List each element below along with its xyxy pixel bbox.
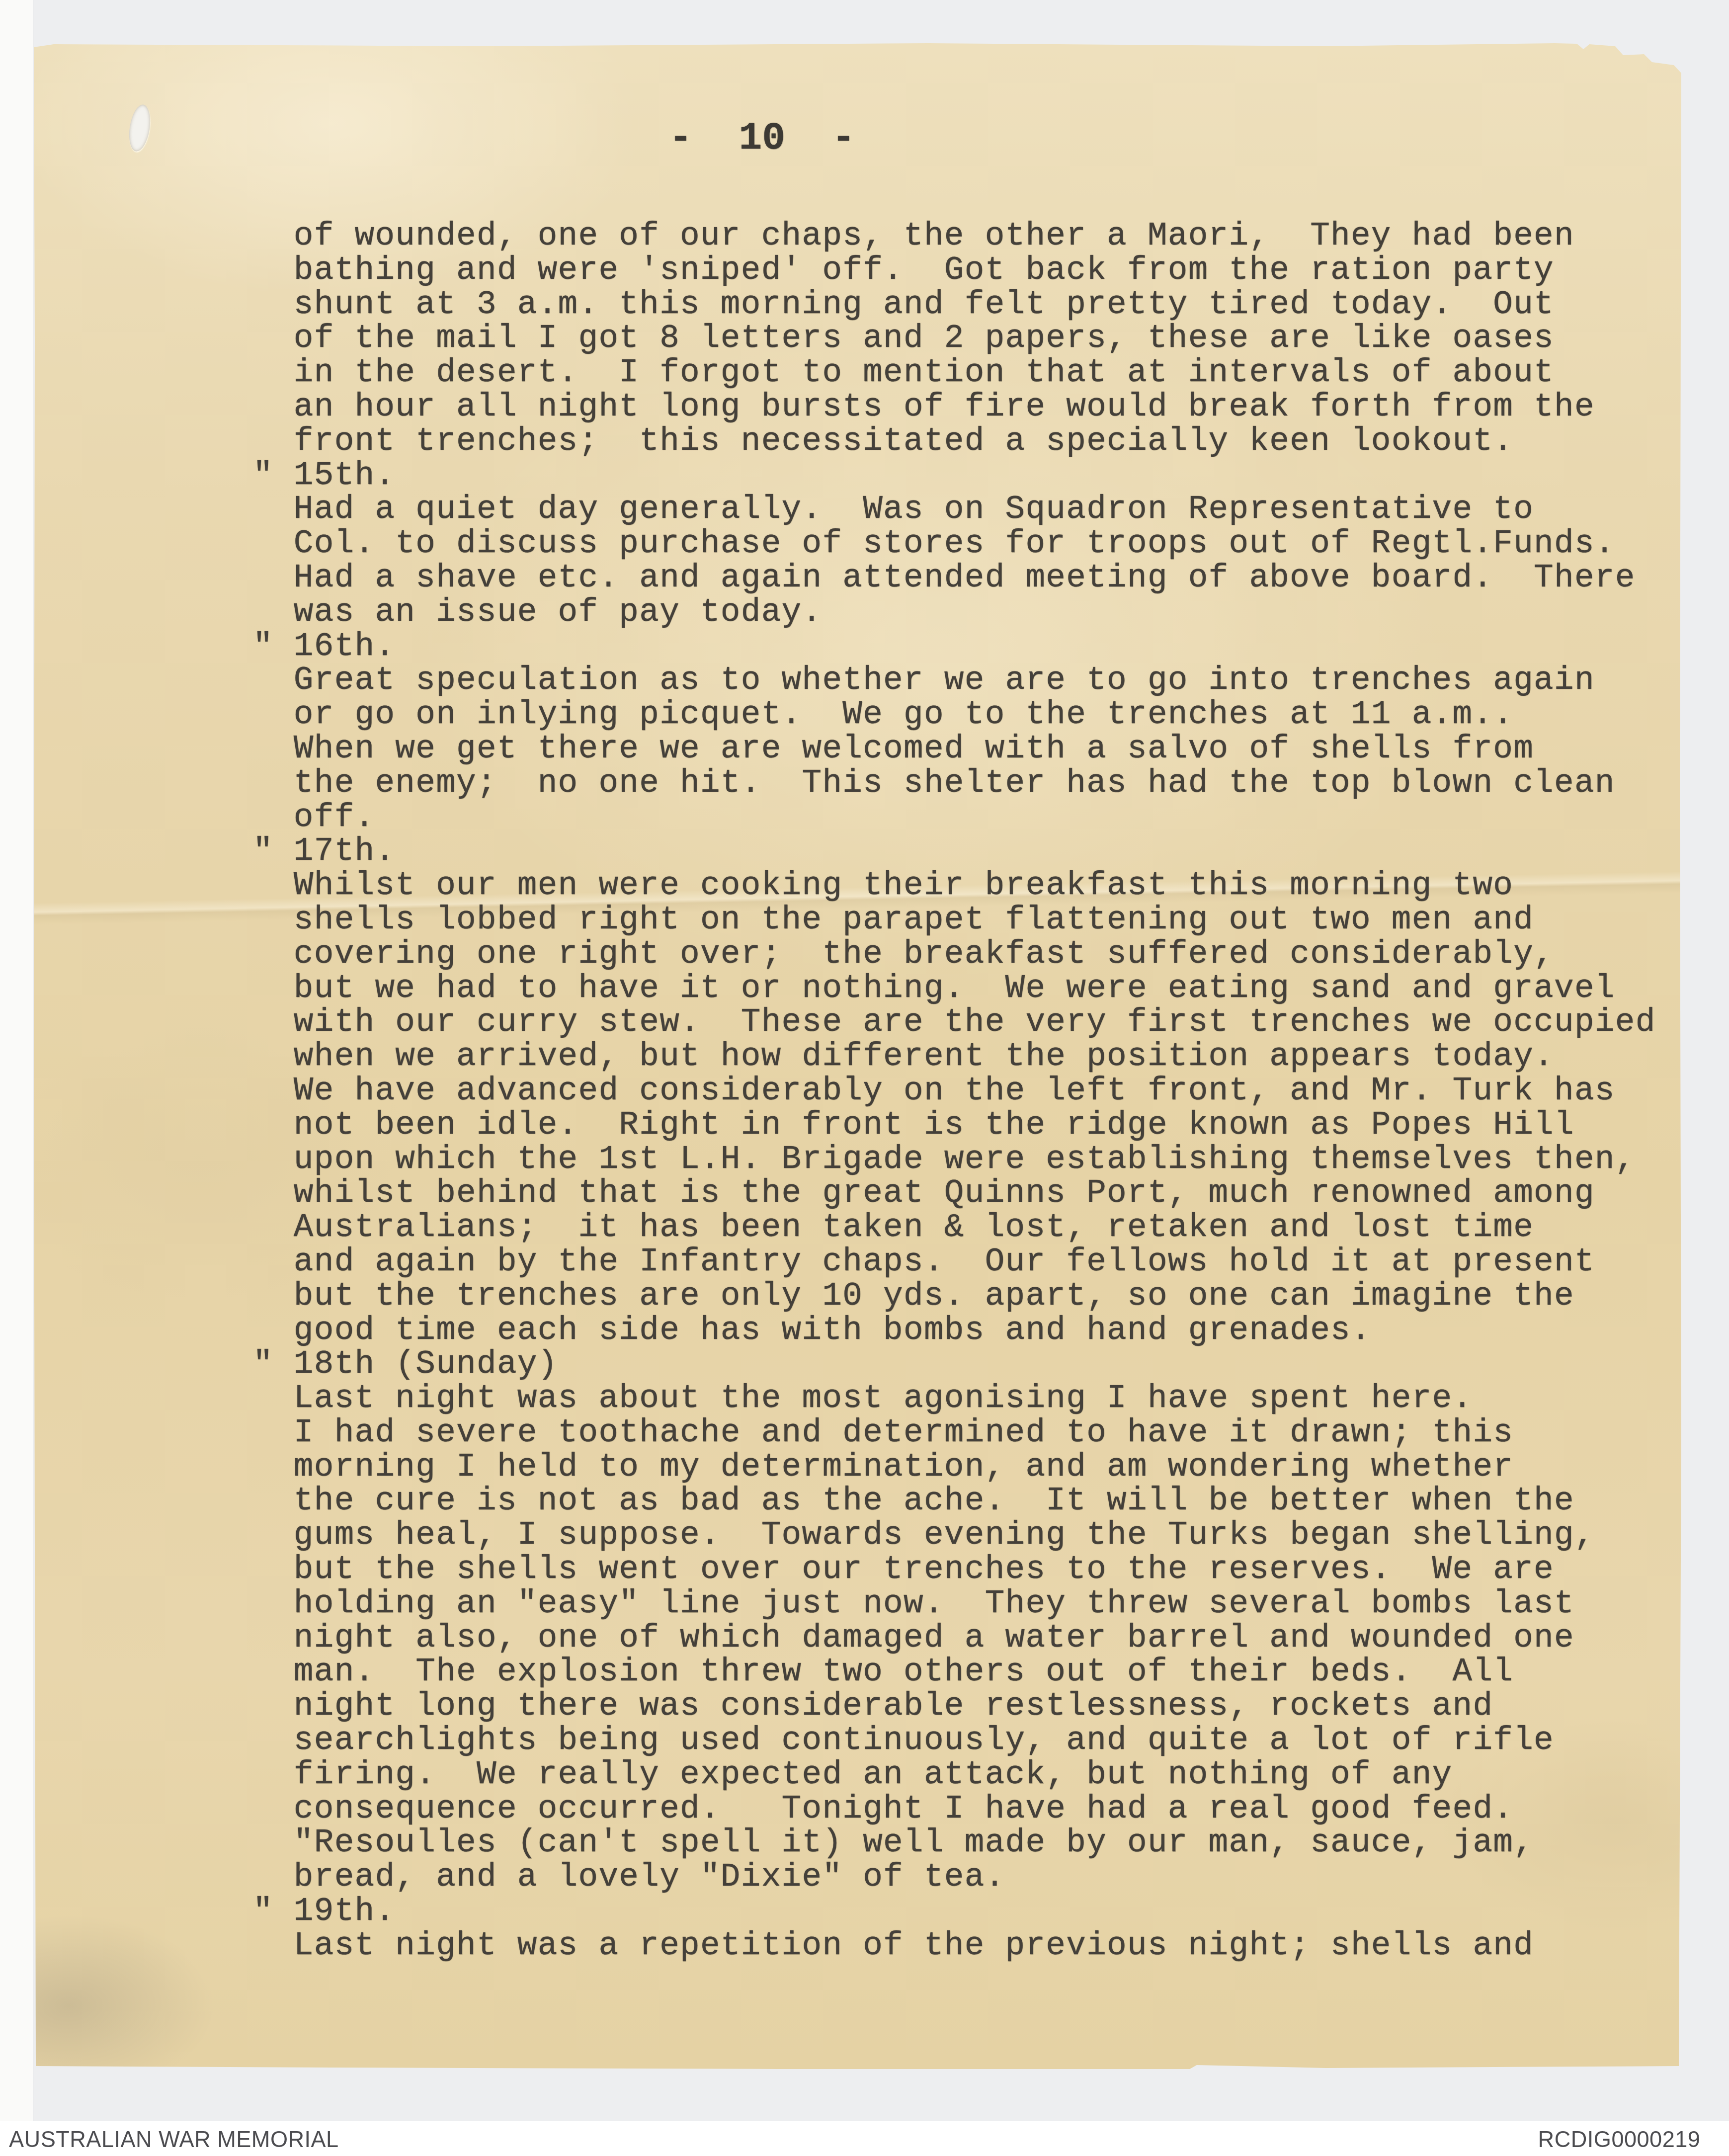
footer-reference-id: RCDIG0000219 [1538, 2125, 1700, 2153]
scan-backdrop: - 10 - of wounded, one of our chaps, the… [0, 0, 1729, 2156]
scanner-bed-strip [0, 0, 33, 2121]
document-page: - 10 - of wounded, one of our chaps, the… [34, 42, 1681, 2069]
footer-bar: AUSTRALIAN WAR MEMORIAL RCDIG0000219 [0, 2121, 1729, 2156]
diary-text: of wounded, one of our chaps, the other … [253, 219, 1656, 1963]
footer-organisation-label: AUSTRALIAN WAR MEMORIAL [9, 2125, 339, 2153]
paper-hole [126, 103, 153, 153]
page-number: - 10 - [669, 119, 855, 159]
